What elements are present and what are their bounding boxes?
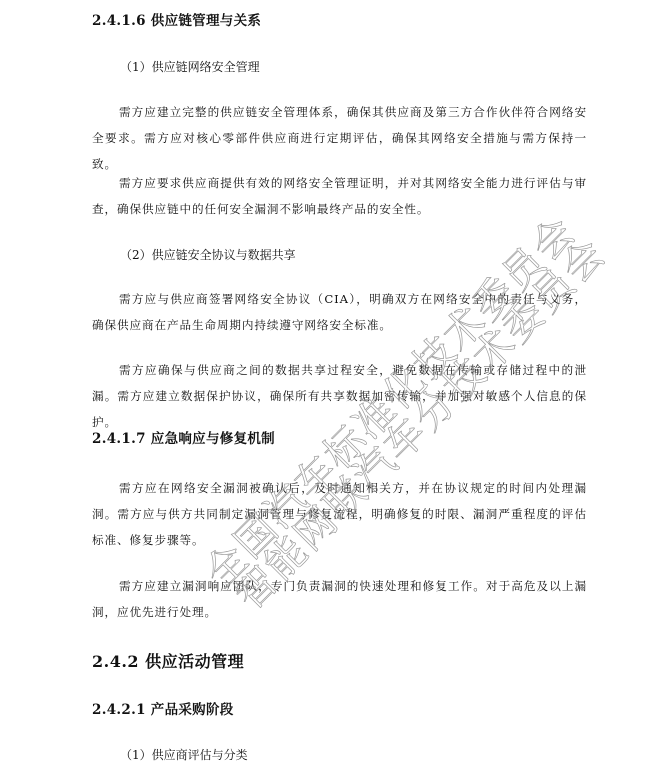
- paragraph-vulnerability-notification: 需方应在网络安全漏洞被确认后，及时通知相关方，并在协议规定的时间内处理漏洞。需方…: [92, 475, 587, 553]
- subheading-supply-chain-security-mgmt: （1）供应链网络安全管理: [120, 59, 615, 75]
- heading-2-4-1-7: 2.4.1.7 应急响应与修复机制: [92, 430, 587, 448]
- paragraph-security-certification: 需方应要求供应商提供有效的网络安全管理证明，并对其网络安全能力进行评估与审查，确…: [92, 170, 587, 222]
- paragraph-security-system: 需方应建立完整的供应链安全管理体系，确保其供应商及第三方合作伙伴符合网络安全要求…: [92, 99, 587, 177]
- paragraph-data-sharing: 需方应确保与供应商之间的数据共享过程安全，避免数据在传输或存储过程中的泄漏。需方…: [92, 357, 587, 435]
- heading-2-4-1-6: 2.4.1.6 供应链管理与关系: [92, 12, 587, 30]
- subheading-supplier-evaluation: （1）供应商评估与分类: [120, 747, 615, 763]
- heading-2-4-2-1: 2.4.2.1 产品采购阶段: [92, 701, 587, 719]
- paragraph-cia-agreement: 需方应与供应商签署网络安全协议（CIA），明确双方在网络安全中的责任与义务，确保…: [92, 286, 587, 338]
- subheading-security-agreement: （2）供应链安全协议与数据共享: [120, 247, 615, 263]
- paragraph-response-team: 需方应建立漏洞响应团队，专门负责漏洞的快速处理和修复工作。对于高危及以上漏洞，应…: [92, 573, 587, 625]
- heading-2-4-2: 2.4.2 供应活动管理: [92, 652, 587, 672]
- document-page: 2.4.1.6 供应链管理与关系 （1）供应链网络安全管理 需方应建立完整的供应…: [0, 0, 667, 778]
